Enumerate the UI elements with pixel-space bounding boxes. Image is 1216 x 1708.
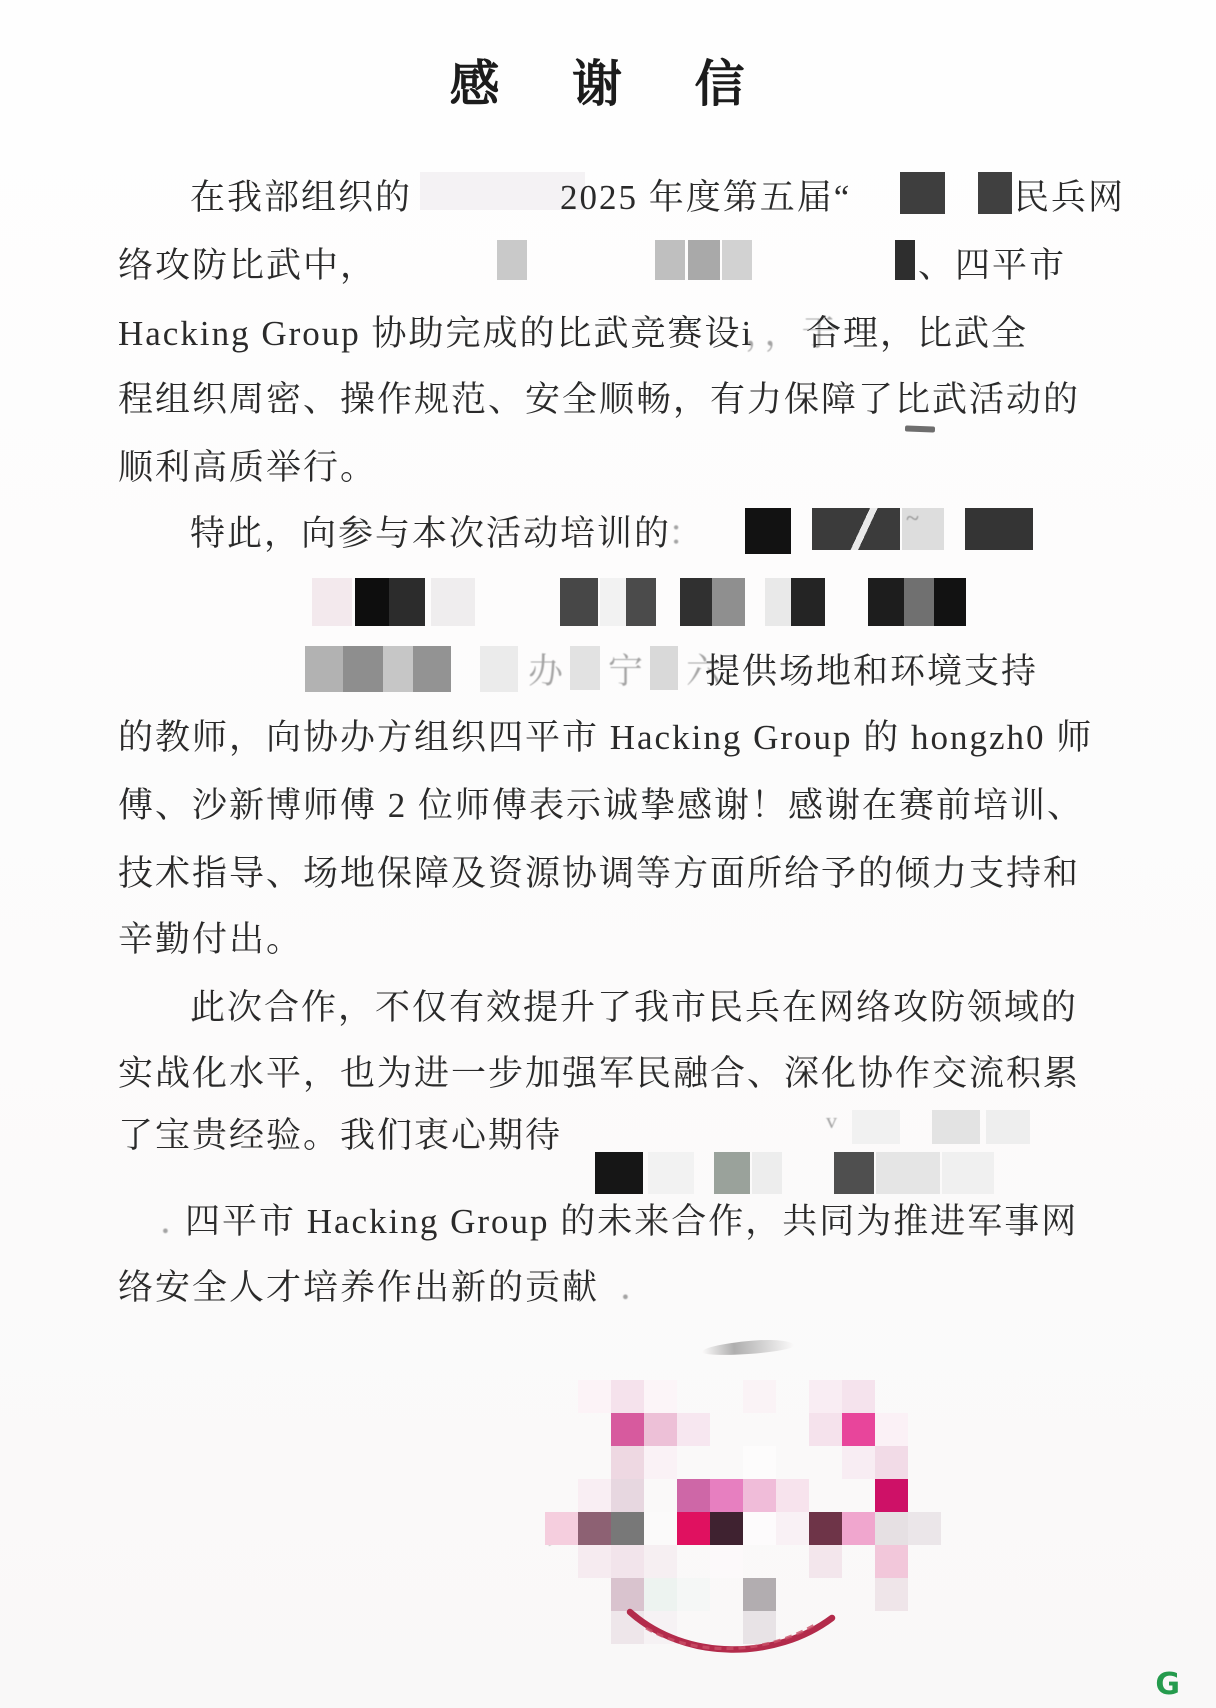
seal-arc-icon (616, 1596, 848, 1670)
stamp-pixel (875, 1545, 908, 1578)
stamp-pixel (677, 1512, 710, 1545)
stamp-pixel (842, 1380, 875, 1413)
stamp-pixel (644, 1512, 677, 1545)
stamp-pixel (710, 1545, 743, 1578)
stamp-pixel (809, 1380, 842, 1413)
stamp-pixel (875, 1413, 908, 1446)
stamp-pixel (908, 1512, 941, 1545)
stamp-pixel (875, 1446, 908, 1479)
stamp-pixel (710, 1512, 743, 1545)
stamp-pixel (809, 1545, 842, 1578)
stamp-pixel (578, 1545, 611, 1578)
stamp-pixel (611, 1446, 644, 1479)
stamp-pixel (611, 1479, 644, 1512)
stamp-pixel (776, 1479, 809, 1512)
stamp-pixel (743, 1512, 776, 1545)
stamp-pixel (743, 1446, 776, 1479)
stamp-pixel (677, 1479, 710, 1512)
watermark-g-logo: G (1155, 1670, 1180, 1700)
stamp-pixel (578, 1479, 611, 1512)
stamp-pixel (644, 1380, 677, 1413)
stamp-pixel (611, 1512, 644, 1545)
stamp-pixel (545, 1512, 578, 1545)
stamp-pixel (644, 1446, 677, 1479)
stamp-pixel (809, 1413, 842, 1446)
stamp-pixel (743, 1380, 776, 1413)
stamp-pixel (875, 1578, 908, 1611)
stamp-pixel (611, 1545, 644, 1578)
stamp-pixel (578, 1512, 611, 1545)
stamp-pixel (842, 1413, 875, 1446)
stamp-pixel (875, 1479, 908, 1512)
stamp-pixel (710, 1479, 743, 1512)
stamp-pixel (743, 1479, 776, 1512)
stamp-pixel (842, 1446, 875, 1479)
stamp-pixel (644, 1545, 677, 1578)
stamp-pixel (611, 1380, 644, 1413)
stamp-pixel (611, 1413, 644, 1446)
pixelated-seal (0, 0, 1216, 1708)
stamp-pixel (644, 1413, 677, 1446)
stamp-pixel (842, 1512, 875, 1545)
stamp-pixel (809, 1512, 842, 1545)
stamp-pixel (578, 1380, 611, 1413)
stamp-pixel (677, 1413, 710, 1446)
letter-page: 感 谢 信 在我部组织的2025 年度第五届“民兵网络攻防比武中，、四平市Hac… (0, 0, 1216, 1708)
stamp-pixel (776, 1512, 809, 1545)
stamp-pixel (875, 1512, 908, 1545)
